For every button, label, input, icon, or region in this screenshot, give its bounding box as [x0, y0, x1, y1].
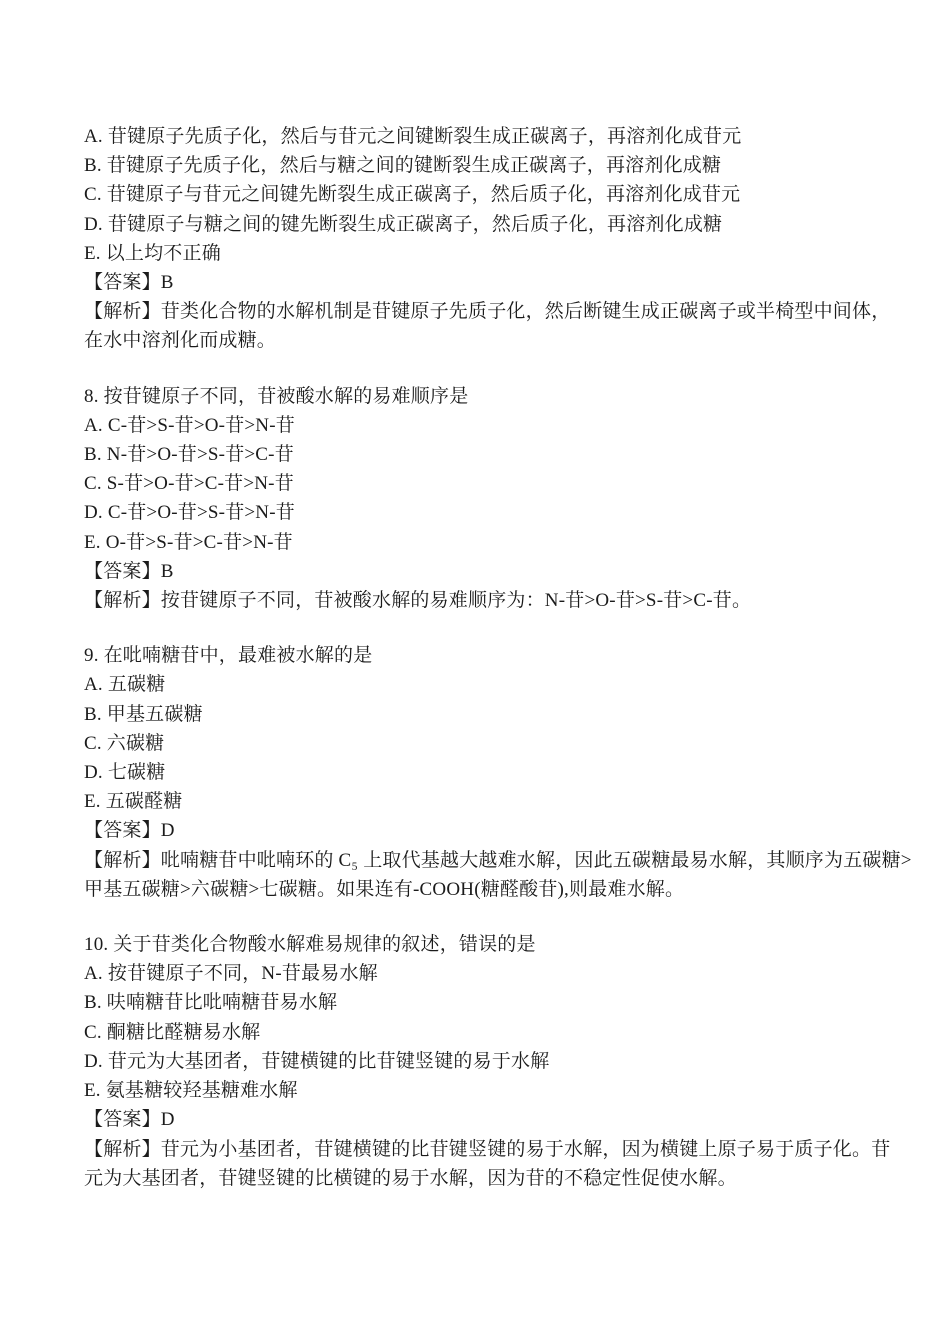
document-page: A. 苷键原子先质子化，然后与苷元之间键断裂生成正碳离子，再溶剂化成苷元B. 苷…: [0, 0, 950, 1344]
question-8: 8. 按苷键原子不同，苷被酸水解的易难顺序是A. C-苷>S-苷>O-苷>N-苷…: [84, 382, 884, 616]
question-7-continuation-option-e: E. 以上均不正确: [84, 239, 884, 268]
question-9-option-d: D. 七碳糖: [84, 758, 884, 787]
question-9: 9. 在吡喃糖苷中，最难被水解的是A. 五碳糖B. 甲基五碳糖C. 六碳糖D. …: [84, 641, 884, 904]
question-9-option-e: E. 五碳醛糖: [84, 787, 884, 816]
question-9-answer: 【答案】D: [84, 816, 884, 845]
question-9-option-b: B. 甲基五碳糖: [84, 700, 884, 729]
question-10-option-a: A. 按苷键原子不同，N-苷最易水解: [84, 959, 884, 988]
question-10-option-e: E. 氨基糖较羟基糖难水解: [84, 1076, 884, 1105]
question-8-answer: 【答案】B: [84, 557, 884, 586]
question-10-option-c: C. 酮糖比醛糖易水解: [84, 1018, 884, 1047]
question-10-option-b: B. 呋喃糖苷比吡喃糖苷易水解: [84, 988, 884, 1017]
question-7-continuation-analysis-line-2: 在水中溶剂化而成糖。: [84, 326, 884, 355]
question-9-option-a: A. 五碳糖: [84, 670, 884, 699]
question-8-option-c: C. S-苷>O-苷>C-苷>N-苷: [84, 469, 884, 498]
document-content: A. 苷键原子先质子化，然后与苷元之间键断裂生成正碳离子，再溶剂化成苷元B. 苷…: [84, 122, 884, 1193]
question-8-analysis-line-1: 【解析】按苷键原子不同，苷被酸水解的易难顺序为：N-苷>O-苷>S-苷>C-苷。: [84, 586, 884, 615]
question-10-analysis-line-2: 元为大基团者，苷键竖键的比横键的易于水解，因为苷的不稳定性促使水解。: [84, 1164, 884, 1193]
question-8-option-d: D. C-苷>O-苷>S-苷>N-苷: [84, 498, 884, 527]
question-9-question-stem: 9. 在吡喃糖苷中，最难被水解的是: [84, 641, 884, 670]
question-10-analysis-line-1: 【解析】苷元为小基团者，苷键横键的比苷键竖键的易于水解，因为横键上原子易于质子化…: [84, 1135, 884, 1164]
question-7-continuation-option-b: B. 苷键原子先质子化，然后与糖之间的键断裂生成正碳离子，再溶剂化成糖: [84, 151, 884, 180]
question-7-continuation: A. 苷键原子先质子化，然后与苷元之间键断裂生成正碳离子，再溶剂化成苷元B. 苷…: [84, 122, 884, 356]
question-10: 10. 关于苷类化合物酸水解难易规律的叙述，错误的是A. 按苷键原子不同，N-苷…: [84, 930, 884, 1193]
question-9-analysis-line-1: 【解析】吡喃糖苷中吡喃环的 C₅ 上取代基越大越难水解，因此五碳糖最易水解，其顺…: [84, 846, 884, 875]
question-9-analysis-line-2: 甲基五碳糖>六碳糖>七碳糖。如果连有-COOH(糖醛酸苷),则最难水解。: [84, 875, 884, 904]
question-7-continuation-answer: 【答案】B: [84, 268, 884, 297]
question-7-continuation-option-c: C. 苷键原子与苷元之间键先断裂生成正碳离子，然后质子化，再溶剂化成苷元: [84, 180, 884, 209]
question-10-option-d: D. 苷元为大基团者，苷键横键的比苷键竖键的易于水解: [84, 1047, 884, 1076]
question-8-option-a: A. C-苷>S-苷>O-苷>N-苷: [84, 411, 884, 440]
question-8-option-e: E. O-苷>S-苷>C-苷>N-苷: [84, 528, 884, 557]
question-9-option-c: C. 六碳糖: [84, 729, 884, 758]
question-8-question-stem: 8. 按苷键原子不同，苷被酸水解的易难顺序是: [84, 382, 884, 411]
question-10-answer: 【答案】D: [84, 1105, 884, 1134]
question-7-continuation-option-d: D. 苷键原子与糖之间的键先断裂生成正碳离子，然后质子化，再溶剂化成糖: [84, 210, 884, 239]
question-8-option-b: B. N-苷>O-苷>S-苷>C-苷: [84, 440, 884, 469]
question-7-continuation-analysis-line-1: 【解析】苷类化合物的水解机制是苷键原子先质子化，然后断键生成正碳离子或半椅型中间…: [84, 297, 884, 326]
question-7-continuation-option-a: A. 苷键原子先质子化，然后与苷元之间键断裂生成正碳离子，再溶剂化成苷元: [84, 122, 884, 151]
question-10-question-stem: 10. 关于苷类化合物酸水解难易规律的叙述，错误的是: [84, 930, 884, 959]
